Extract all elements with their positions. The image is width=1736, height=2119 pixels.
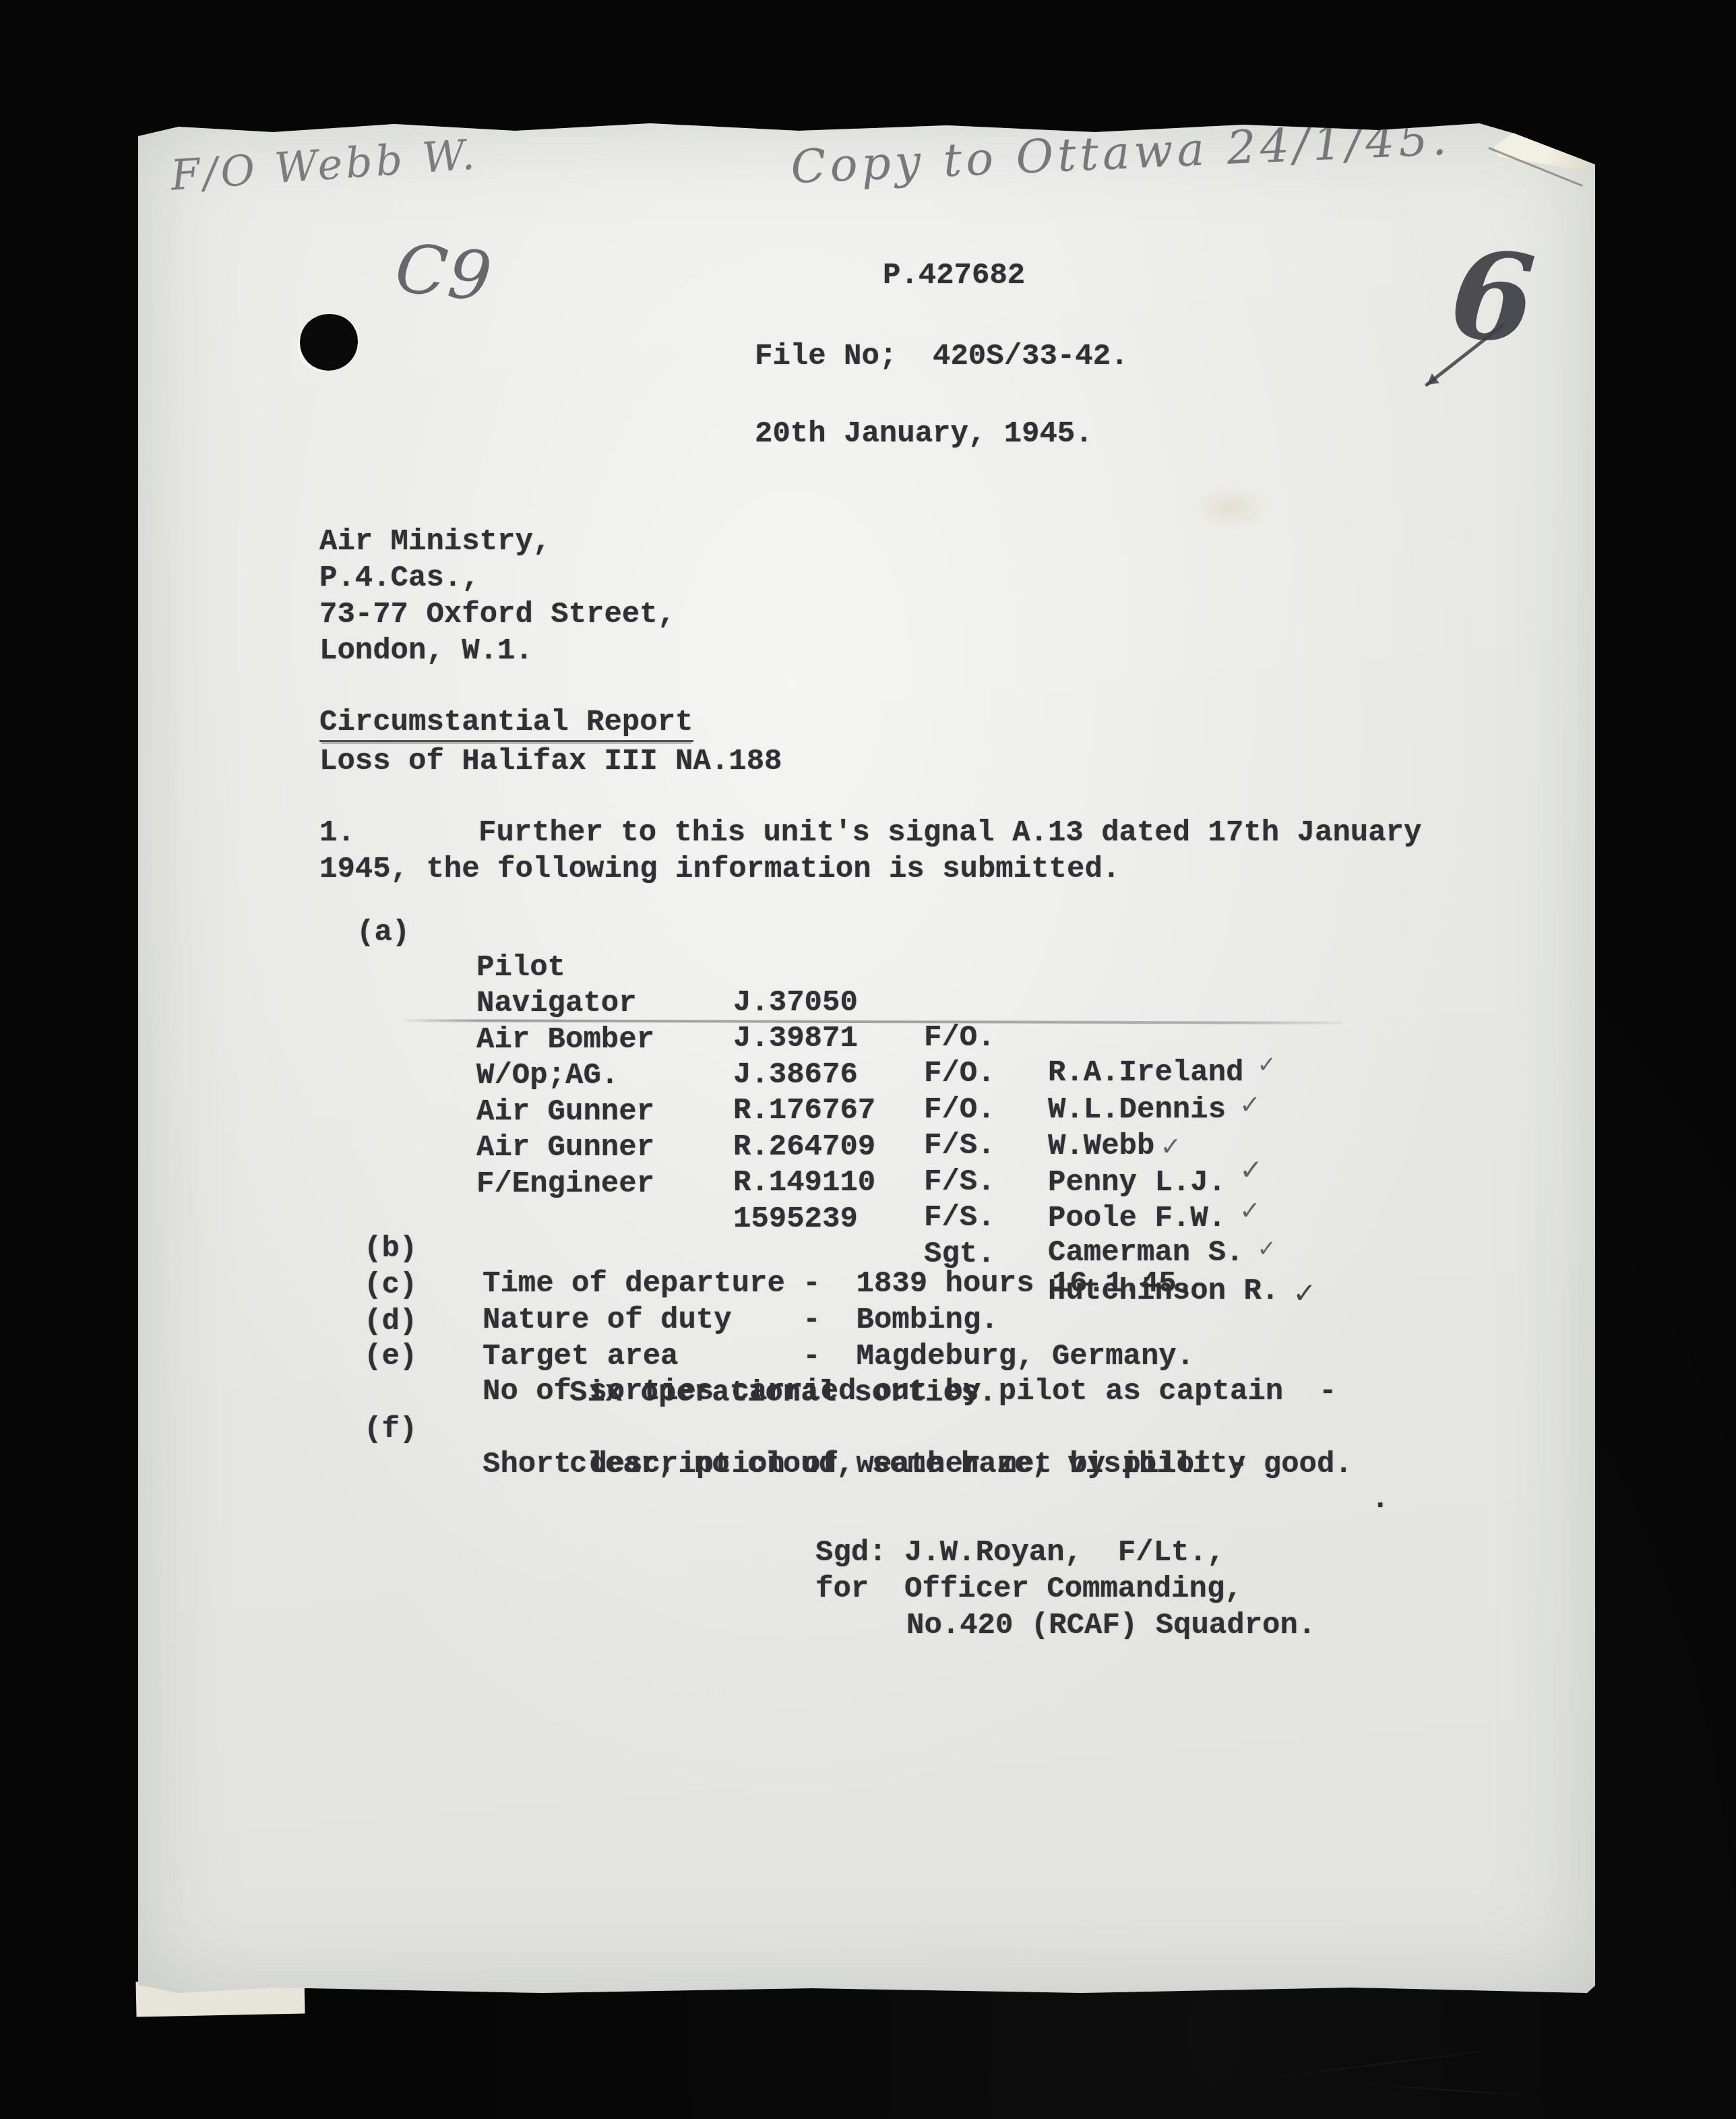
paragraph-number: 1. (319, 816, 355, 851)
stray-period-mark: . (1371, 1482, 1389, 1517)
report-title: Circumstantial Report (319, 705, 693, 740)
crew-row: W/Op;AG. R.176767 F/S. Penny L.J.✓ (138, 1023, 1595, 1059)
document-page: F/O Webb W. Copy to Ottawa 24/1/45. C9 6… (138, 120, 1595, 1993)
paper-stain (1189, 484, 1270, 531)
report-subtitle: Loss of Halifax III NA.188 (319, 744, 782, 779)
detail-item: (b) Time of departure - 1839 hours 16.1.… (138, 1196, 1595, 1232)
signature-line: Sgd: J.W.Royan, F/Lt., (815, 1535, 1224, 1570)
crew-row: Navigator J.39871 F/O. W.L.Dennis✓ (138, 951, 1595, 987)
detail-item: (e) No of sorties carried out by pilot a… (138, 1304, 1595, 1340)
crew-row: Air Gunner R.264709 F/S. Poole F.W.✓ (138, 1059, 1595, 1095)
reference-number: P.427682 (883, 258, 1025, 293)
detail-item: (f) Short description of weather met by … (138, 1377, 1595, 1413)
report-title-text: Circumstantial Report (319, 706, 693, 742)
handwritten-routing-annotation: Copy to Ottawa 24/1/45. (790, 113, 1452, 195)
detail-text: clear, no cloud, some haze, visibility g… (569, 1447, 1353, 1482)
crew-name-text: Penny L.J. (1048, 1166, 1226, 1200)
recipient-line: Air Ministry, (319, 524, 551, 559)
paragraph-line: 1945, the following information is submi… (319, 852, 1120, 887)
crew-row: Air Gunner R.149110 F/S. Camerman S.✓ (138, 1095, 1595, 1131)
scan-background: F/O Webb W. Copy to Ottawa 24/1/45. C9 6… (0, 0, 1736, 2119)
handwritten-name-annotation: F/O Webb W. (169, 129, 479, 200)
crew-row: Air Bomber J.38676 F/O. W.Webb✓ (138, 987, 1595, 1023)
handwritten-page-number: 6 (1446, 224, 1539, 370)
scan-scratch (1348, 2083, 1549, 2098)
crew-service-number: R.149110 (733, 1165, 875, 1200)
crew-rank: F/S. (924, 1165, 995, 1200)
handwritten-pencil-mark: C9 (392, 228, 497, 317)
detail-item: (d) Target area - Magdeburg, Germany. (138, 1269, 1595, 1305)
detail-item-continuation: Six operational sorties. (138, 1341, 1595, 1376)
signature-line: No.420 (RCAF) Squadron. (906, 1608, 1315, 1643)
crew-row: Pilot J.37050 F/O. R.A.Ireland✓ (138, 915, 1595, 951)
crew-name: Penny L.J.✓ (1048, 1163, 1263, 1200)
recipient-line: P.4.Cas., (319, 561, 480, 596)
folded-corner (1494, 115, 1596, 174)
signature-line: for Officer Commanding, (815, 1572, 1243, 1607)
recipient-line: London, W.1. (319, 634, 533, 669)
file-number: File No; 420S/33-42. (755, 339, 1129, 374)
crew-row: F/Engineer 1595239 Sgt. Hutchinson R.✓ (138, 1132, 1595, 1167)
document-date: 20th January, 1945. (755, 417, 1093, 452)
detail-item: (c) Nature of duty - Bombing. (138, 1233, 1595, 1268)
recipient-line: 73-77 Oxford Street, (319, 597, 675, 632)
detail-item-continuation: clear, no cloud, some haze, visibility g… (138, 1412, 1595, 1448)
paragraph-line: Further to this unit's signal A.13 dated… (478, 816, 1421, 851)
scan-scratch (1247, 2045, 1528, 2081)
punch-hole (300, 314, 358, 371)
